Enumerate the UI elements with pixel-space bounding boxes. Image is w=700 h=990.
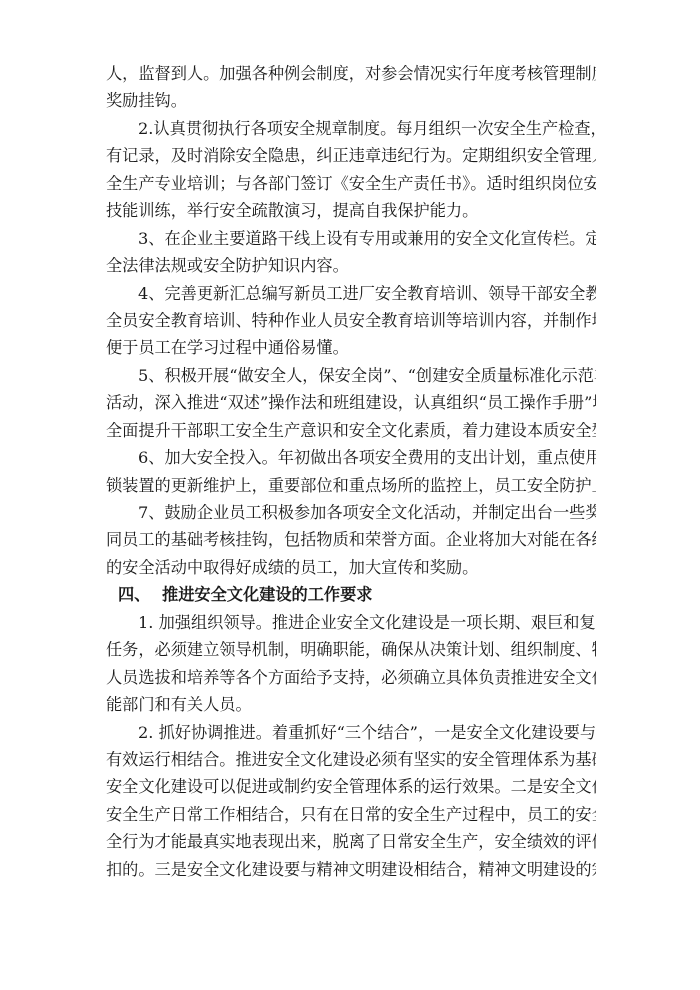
text-line: 锁装置的更新维护上，重要部位和重点场所的监控上，员工安全防护上。	[106, 472, 596, 499]
paragraph-item-3: 3、在企业主要道路干线上设有专用或兼用的安全文化宣传栏。定期更换安 全法律法规或…	[106, 225, 596, 280]
text-line: 2.认真贯彻执行各项安全规章制度。每月组织一次安全生产检查，检查情况	[106, 115, 596, 142]
text-line: 活动，深入推进“双述”操作法和班组建设，认真组织“员工操作手册”培训；	[106, 389, 596, 416]
text-line: 安全生产日常工作相结合，只有在日常的安全生产过程中，员工的安全态度和安	[106, 801, 596, 828]
text-line: 有效运行相结合。推进安全文化建设必须有坚实的安全管理体系为基础和保障，	[106, 746, 596, 773]
section-number: 四、	[118, 585, 150, 604]
text-line: 全面提升干部职工安全生产意识和安全文化素质，着力建设本质安全型企业。	[106, 417, 596, 444]
text-line: 能部门和有关人员。	[106, 691, 596, 718]
text-line: 2. 抓好协调推进。着重抓好“三个结合”，一是安全文化建设要与体系持续	[106, 719, 596, 746]
text-line: 扣的。三是安全文化建设要与精神文明建设相结合，精神文明建设的宗旨是树立	[106, 856, 596, 883]
paragraph-continuation: 人，监督到人。加强各种例会制度，对参会情况实行年度考核管理制度，与年度 奖励挂钩…	[106, 60, 596, 115]
text-line: 全员安全教育培训、特种作业人员安全教育培训等培训内容，并制作培训教材，	[106, 307, 596, 334]
text-line: 人，监督到人。加强各种例会制度，对参会情况实行年度考核管理制度，与年度	[106, 60, 596, 87]
section-title: 推进安全文化建设的工作要求	[162, 585, 372, 604]
text-line: 7、鼓励企业员工积极参加各项安全文化活动，并制定出台一些奖励措施，	[106, 499, 596, 526]
paragraph-item-6: 6、加大安全投入。年初做出各项安全费用的支出计划，重点使用在安全联 锁装置的更新…	[106, 444, 596, 499]
text-line: 1. 加强组织领导。推进企业安全文化建设是一项长期、艰巨和复杂的工作	[106, 609, 596, 636]
text-line: 任务，必须建立领导机制，明确职能，确保从决策计划、组织制度、物资投入、	[106, 636, 596, 663]
text-line: 有记录，及时消除安全隐患，纠正违章违纪行为。定期组织安全管理人员进行安	[106, 142, 596, 169]
text-line: 安全文化建设可以促进或制约安全管理体系的运行效果。二是安全文化建设要与	[106, 773, 596, 800]
text-line: 的安全活动中取得好成绩的员工，加大宣传和奖励。	[106, 554, 596, 581]
text-line: 3、在企业主要道路干线上设有专用或兼用的安全文化宣传栏。定期更换安	[106, 225, 596, 252]
text-line: 同员工的基础考核挂钩，包括物质和荣誉方面。企业将加大对能在各级部门组织	[106, 526, 596, 553]
paragraph-item-2: 2.认真贯彻执行各项安全规章制度。每月组织一次安全生产检查，检查情况 有记录，及…	[106, 115, 596, 225]
text-line: 奖励挂钩。	[106, 87, 596, 114]
paragraph-item-7: 7、鼓励企业员工积极参加各项安全文化活动，并制定出台一些奖励措施， 同员工的基础…	[106, 499, 596, 581]
paragraph-item-5: 5、积极开展“做安全人，保安全岗”、“创建安全质量标准化示范车间” 活动，深入推…	[106, 362, 596, 444]
paragraph-requirement-1: 1. 加强组织领导。推进企业安全文化建设是一项长期、艰巨和复杂的工作 任务，必须…	[106, 609, 596, 719]
text-line: 6、加大安全投入。年初做出各项安全费用的支出计划，重点使用在安全联	[106, 444, 596, 471]
document-page: 人，监督到人。加强各种例会制度，对参会情况实行年度考核管理制度，与年度 奖励挂钩…	[0, 0, 700, 990]
section-heading: 四、 推进安全文化建设的工作要求	[106, 581, 596, 608]
text-line: 4、完善更新汇总编写新员工进厂安全教育培训、领导干部安全教育培训、	[106, 280, 596, 307]
text-line: 全行为才能最真实地表现出来，脱离了日常安全生产，安全绩效的评价会大打折	[106, 828, 596, 855]
paragraph-requirement-2: 2. 抓好协调推进。着重抓好“三个结合”，一是安全文化建设要与体系持续 有效运行…	[106, 719, 596, 884]
document-body: 人，监督到人。加强各种例会制度，对参会情况实行年度考核管理制度，与年度 奖励挂钩…	[106, 60, 596, 883]
text-line: 全法律法规或安全防护知识内容。	[106, 252, 596, 279]
text-line: 便于员工在学习过程中通俗易懂。	[106, 334, 596, 361]
text-line: 人员选拔和培养等各个方面给予支持，必须确立具体负责推进安全文化建设的职	[106, 664, 596, 691]
paragraph-item-4: 4、完善更新汇总编写新员工进厂安全教育培训、领导干部安全教育培训、 全员安全教育…	[106, 280, 596, 362]
text-line: 技能训练，举行安全疏散演习，提高自我保护能力。	[106, 197, 596, 224]
text-line: 5、积极开展“做安全人，保安全岗”、“创建安全质量标准化示范车间”	[106, 362, 596, 389]
text-line: 全生产专业培训；与各部门签订《安全生产责任书》。适时组织岗位安全操作的	[106, 170, 596, 197]
